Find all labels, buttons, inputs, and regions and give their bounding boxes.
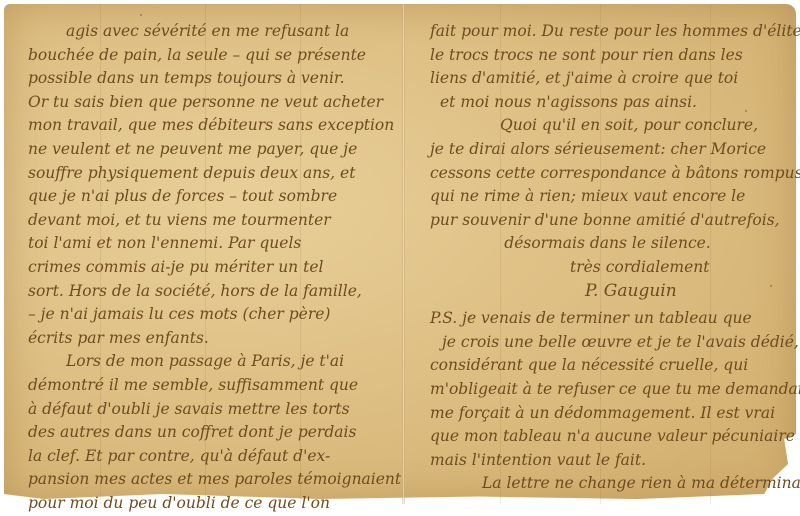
text-line: pur souvenir d'une bonne amitié d'autref…	[430, 209, 785, 233]
text-line: désormais dans le silence.	[430, 232, 785, 256]
signature: P. Gauguin	[430, 280, 785, 304]
text-line: démontré il me semble, suffisamment que	[28, 374, 388, 398]
text-line: qui ne rime à rien; mieux vaut encore le	[430, 185, 785, 209]
text-line: devant moi, et tu viens me tourmenter	[28, 209, 388, 233]
text-line: pansion mes actes et mes paroles témoign…	[28, 468, 388, 492]
left-page: agis avec sévérité en me refusant la bou…	[28, 20, 388, 515]
text-line: ne veulent et ne peuvent me payer, que j…	[28, 138, 388, 162]
text-line: des autres dans un coffret dont je perda…	[28, 421, 388, 445]
text-line: crimes commis ai-je pu mériter un tel	[28, 256, 388, 280]
text-line: Or tu sais bien que personne ne veut ach…	[28, 91, 388, 115]
ink-spot	[140, 14, 142, 16]
text-line: que mon tableau n'a aucune valeur pécuni…	[430, 425, 785, 449]
center-fold	[402, 4, 405, 504]
text-line: considérant que la nécessité cruelle, qu…	[430, 354, 785, 378]
text-line: fait pour moi. Du reste pour les hommes …	[430, 20, 785, 44]
text-line: toi l'ami et non l'ennemi. Par quels	[28, 232, 388, 256]
text-line: écrits par mes enfants.	[28, 327, 388, 351]
text-line: – je n'ai jamais lu ces mots (cher père)	[28, 303, 388, 327]
text-line: je crois une belle œuvre et je te l'avai…	[430, 331, 785, 355]
text-line: P.S. je venais de terminer un tableau qu…	[430, 307, 785, 331]
text-line: sort. Hors de la société, hors de la fam…	[28, 280, 388, 304]
text-line: me forçait à un dédommagement. Il est vr…	[430, 402, 785, 426]
text-line: que je n'ai plus de forces – tout sombre	[28, 185, 388, 209]
text-line: la clef. Et par contre, qu'à défaut d'ex…	[28, 445, 388, 469]
text-line: et moi nous n'agissons pas ainsi.	[430, 91, 785, 115]
text-line: le trocs trocs ne sont pour rien dans le…	[430, 44, 785, 68]
closing: très cordialement	[430, 256, 785, 280]
text-line: possible dans un temps toujours à venir.	[28, 67, 388, 91]
text-line: m'obligeait à te refuser ce que tu me de…	[430, 378, 785, 402]
text-line: à défaut d'oubli je savais mettre les to…	[28, 398, 388, 422]
text-line: je te dirai alors sérieusement: cher Mor…	[430, 138, 785, 162]
text-line: Quoi qu'il en soit, pour conclure,	[430, 114, 785, 138]
text-line: mon travail, que mes débiteurs sans exce…	[28, 114, 388, 138]
text-line: mais l'intention vaut le fait.	[430, 449, 785, 473]
text-line: agis avec sévérité en me refusant la	[28, 20, 388, 44]
text-line: pour moi du peu d'oubli de ce que l'on	[28, 492, 388, 516]
text-line: liens d'amitié, et j'aime à croire que t…	[430, 67, 785, 91]
text-line: souffre physiquement depuis deux ans, et	[28, 162, 388, 186]
text-line: La lettre ne change rien à ma détermina-	[430, 472, 785, 496]
text-line: Lors de mon passage à Paris, je t'ai	[28, 350, 388, 374]
right-page: fait pour moi. Du reste pour les hommes …	[430, 20, 785, 496]
text-line: bouchée de pain, la seule – qui se prése…	[28, 44, 388, 68]
postscript: P.S. je venais de terminer un tableau qu…	[430, 307, 785, 496]
text-line: cessons cette correspondance à bâtons ro…	[430, 162, 785, 186]
